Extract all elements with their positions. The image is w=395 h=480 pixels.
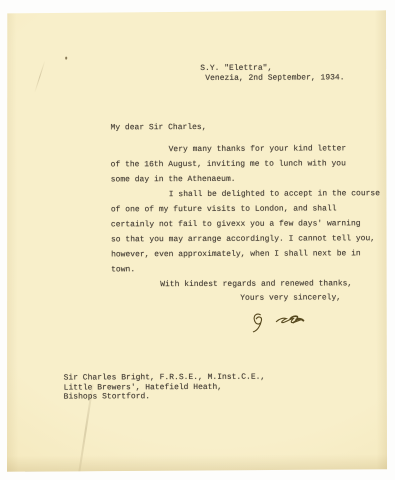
paper-speck <box>65 57 67 60</box>
paper-crease-top-left <box>34 60 45 93</box>
closing-regards: With kindest regards and renewed thanks, <box>160 279 352 290</box>
recipient-address-2: Bishops Stortford. <box>64 392 150 402</box>
body-line: so that you may arrange accordingly. I c… <box>111 234 375 245</box>
letterhead-ship-name: S.Y. "Elettra", <box>200 64 272 74</box>
body-line: certainly not fail to givexx you a few d… <box>111 219 361 230</box>
letterhead-place-date: Venezia, 2nd September, 1934. <box>205 73 344 84</box>
body-line: however, even approximately, when I shal… <box>111 249 361 260</box>
signature-scrawl-icon <box>246 306 312 338</box>
letter-paper: S.Y. "Elettra", Venezia, 2nd September, … <box>5 10 388 472</box>
closing-signoff: Yours very sincerely, <box>240 293 341 303</box>
body-line: of the 16th August, inviting me to lunch… <box>111 159 346 170</box>
body-line: some day in the Athenaeum. <box>111 175 236 186</box>
body-line: of one of my future visits to London, an… <box>111 204 337 215</box>
body-line: Very many thanks for your kind letter <box>169 144 347 155</box>
body-line: I shall be delighted to accept in the co… <box>169 189 380 200</box>
salutation: My dear Sir Charles, <box>110 123 206 133</box>
body-line: town. <box>111 265 135 275</box>
